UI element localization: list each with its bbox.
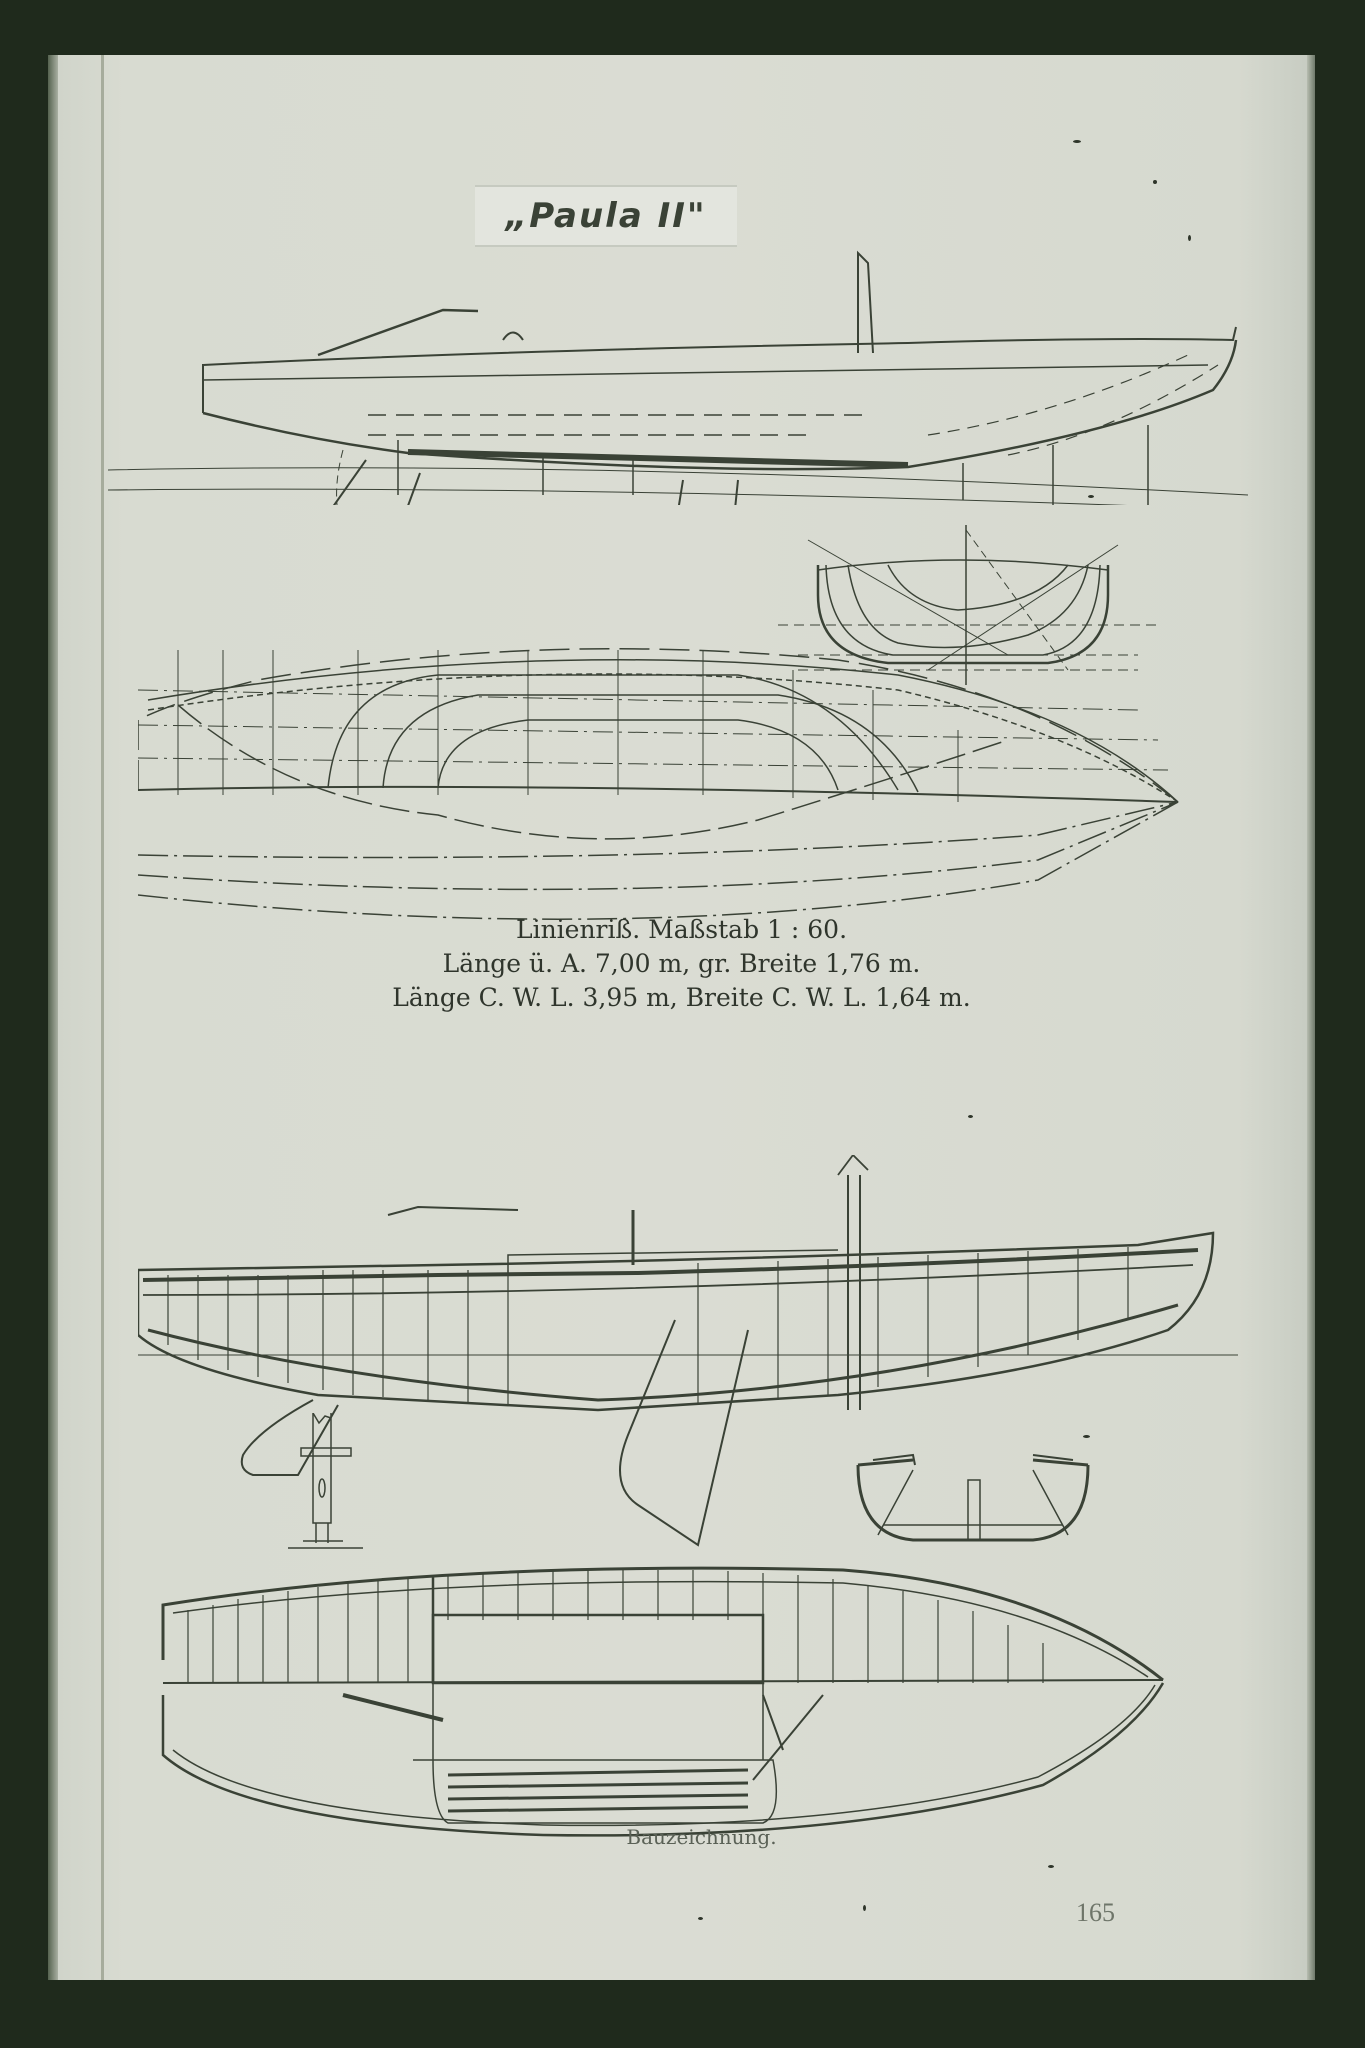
dust-speck [698,1917,703,1920]
dust-speck [968,1115,973,1118]
midship-section-detail [853,1440,1093,1550]
dust-speck [1153,180,1157,184]
dust-speck [863,1905,866,1911]
mast-step-detail [283,1413,403,1563]
dust-speck [1073,140,1081,143]
construction-drawing-caption: Bauzeichnung. [68,1825,1335,1849]
boat-name-label: „Paula II" [475,185,737,247]
lines-drawing-caption: Linienriß. Maßstab 1 : 60. Länge ü. A. 7… [48,913,1315,1015]
caption-line-waterline-dims: Länge C. W. L. 3,95 m, Breite C. W. L. 1… [48,981,1315,1015]
book-page: „Paula II" [48,55,1315,1980]
lines-profile-drawing [108,245,1248,505]
lines-half-breadth-plan [138,630,1218,930]
page-right-edge [1307,55,1315,1980]
construction-plan-view [143,1555,1203,1845]
page-number: 165 [1076,1898,1115,1928]
dust-speck [1088,495,1094,498]
page-left-edge [48,55,58,1980]
dust-speck [1188,235,1191,241]
dust-speck [1048,1865,1054,1868]
caption-line-overall-dims: Länge ü. A. 7,00 m, gr. Breite 1,76 m. [48,947,1315,981]
page-gutter-line [101,55,104,1980]
caption-line-scale: Linienriß. Maßstab 1 : 60. [48,913,1315,947]
dust-speck [1083,1435,1090,1438]
